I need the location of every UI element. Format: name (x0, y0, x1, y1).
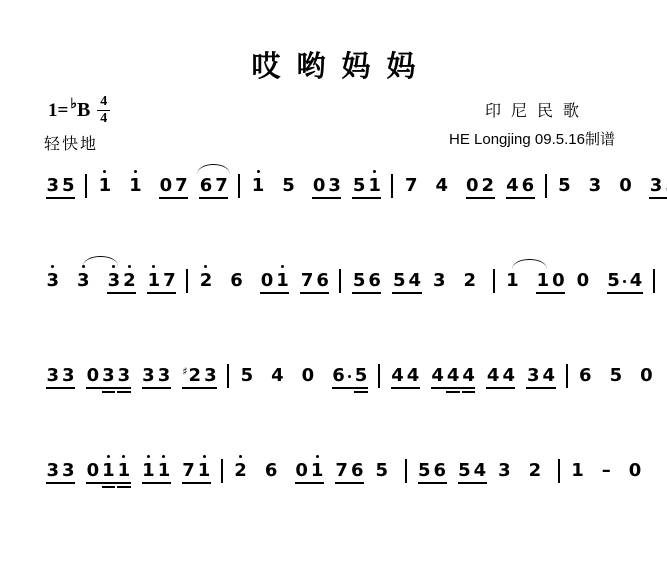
note: 0 (300, 367, 316, 385)
note-group: 3 (587, 177, 603, 195)
note-group: 2 (198, 272, 214, 290)
note-group: 033 (85, 367, 132, 385)
note-group: 0 (627, 462, 643, 480)
note: 3 (116, 367, 132, 385)
note-group: 2 (233, 462, 249, 480)
note: 6 (520, 177, 536, 195)
note: 4 (501, 367, 517, 385)
slur-arc (83, 256, 118, 266)
sixteenth-underline (462, 391, 476, 393)
note: 5 (61, 177, 77, 195)
note: 2 (527, 462, 543, 480)
note: 4 (434, 177, 450, 195)
note: 5 (239, 367, 255, 385)
note: 1 (141, 462, 157, 480)
note-group: 76 (299, 272, 330, 290)
barline (186, 269, 188, 293)
spacer (658, 471, 667, 472)
note-group: – (600, 462, 612, 480)
note-group: 5 (239, 367, 255, 385)
note-group: 6 (578, 367, 594, 385)
note: 1 (128, 177, 144, 195)
note: 1 (250, 177, 266, 195)
sixteenth-underline (117, 391, 131, 393)
note: 1 (535, 272, 551, 290)
note: 3 (61, 367, 77, 385)
note: 6 (349, 462, 365, 480)
score: 3511076715035174024653035333217260176565… (0, 0, 667, 571)
note: 0 (311, 177, 327, 195)
note-group: 32 (106, 272, 137, 290)
note: 4 (445, 367, 461, 385)
note: 5 (374, 462, 390, 480)
note: – (600, 462, 612, 480)
barline (221, 459, 223, 483)
note: 6 (432, 462, 448, 480)
music-line-2: 333217260176565432110054 (45, 270, 665, 292)
note: 7 (403, 177, 419, 195)
sheet-page: 哎哟妈妈 1= ♭ B 4 4 轻快地 印尼民歌 HE Longjing 09.… (0, 0, 667, 571)
sixteenth-underline (102, 391, 116, 393)
barline (545, 174, 547, 198)
note: ♯2 (181, 367, 203, 385)
note: 5 (353, 367, 369, 385)
note-group: ♯23 (181, 367, 218, 385)
note: 3 (203, 367, 219, 385)
augmentation-dot (621, 272, 628, 290)
barline (653, 269, 655, 293)
note-group: 0 (639, 367, 655, 385)
note: 3 (45, 367, 61, 385)
note: 4 (390, 367, 406, 385)
barline (493, 269, 495, 293)
note: 4 (472, 462, 488, 480)
note-group: 0 (300, 367, 316, 385)
note: 0 (294, 462, 310, 480)
note-group: 54 (457, 462, 488, 480)
note: 3 (61, 462, 77, 480)
barline (566, 364, 568, 388)
note: 5 (351, 272, 367, 290)
note-group: 1 (128, 177, 144, 195)
augmentation-dot (346, 367, 353, 385)
note: 5 (606, 272, 622, 290)
barline (378, 364, 380, 388)
note-group: 1 (97, 177, 113, 195)
note-group: 4 (270, 367, 286, 385)
note: 3 (648, 177, 664, 195)
note-group: 2 (462, 272, 478, 290)
note: 6 (578, 367, 594, 385)
note: 1 (146, 272, 162, 290)
note: 3 (106, 272, 122, 290)
note: 5 (457, 462, 473, 480)
note: 5 (417, 462, 433, 480)
note: 3 (327, 177, 343, 195)
note: 3 (497, 462, 513, 480)
note: 3 (45, 177, 61, 195)
sixteenth-underline (102, 486, 116, 488)
note-group: 3 (497, 462, 513, 480)
note: 1 (570, 462, 586, 480)
note: 4 (485, 367, 501, 385)
note: 0 (618, 177, 634, 195)
note: 0 (465, 177, 481, 195)
note-group: 4 (434, 177, 450, 195)
note-group: 6 (263, 462, 279, 480)
note-group: 07 (158, 177, 189, 195)
note: 6 (367, 272, 383, 290)
note-group: 11 (141, 462, 172, 480)
note: 4 (407, 272, 423, 290)
note: 4 (505, 177, 521, 195)
note-group: 1 (570, 462, 586, 480)
barline (405, 459, 407, 483)
note: 1 (275, 272, 291, 290)
note-group: 44 (485, 367, 516, 385)
note-group: 03 (311, 177, 342, 195)
note-group: 6 (229, 272, 245, 290)
note: 0 (259, 272, 275, 290)
note: 7 (174, 177, 190, 195)
note: 3 (432, 272, 448, 290)
note: 6 (331, 367, 347, 385)
barline (227, 364, 229, 388)
note: 6 (315, 272, 331, 290)
note: 4 (405, 367, 421, 385)
note-group: 0 (618, 177, 634, 195)
note: 1 (116, 462, 132, 480)
note-group: 3 (45, 272, 61, 290)
note-group: 67 (198, 177, 229, 195)
sixteenth-underline (354, 391, 368, 393)
barline (558, 459, 560, 483)
note: 4 (270, 367, 286, 385)
note: 3 (525, 367, 541, 385)
note-group: 33 (45, 367, 76, 385)
note-group: 02 (465, 177, 496, 195)
note-group: 1 (250, 177, 266, 195)
note: 7 (214, 177, 230, 195)
note-group: 7 (403, 177, 419, 195)
note: 5 (281, 177, 297, 195)
note: 0 (627, 462, 643, 480)
note: 0 (158, 177, 174, 195)
note-group: 46 (505, 177, 536, 195)
note-group: 10 (535, 272, 566, 290)
note-group: 5 (374, 462, 390, 480)
note: 2 (233, 462, 249, 480)
note-group: 2 (527, 462, 543, 480)
note: 6 (198, 177, 214, 195)
note-group: 5 (557, 177, 573, 195)
note: 4 (541, 367, 557, 385)
note-group: 01 (294, 462, 325, 480)
note-group: 444 (430, 367, 477, 385)
note-group: 3 (76, 272, 92, 290)
note: 2 (480, 177, 496, 195)
note-group: 51 (351, 177, 382, 195)
note: 1 (309, 462, 325, 480)
sixteenth-underline (117, 486, 131, 488)
note: 4 (628, 272, 644, 290)
note: 3 (156, 367, 172, 385)
note-group: 56 (351, 272, 382, 290)
note-group: 0 (575, 272, 591, 290)
note: 0 (551, 272, 567, 290)
note-group: 3 (432, 272, 448, 290)
music-line-1: 3511076715035174024653035 (45, 175, 667, 197)
note: 1 (156, 462, 172, 480)
music-line-3: 3303333♯235406544444443465054 (45, 365, 667, 387)
note-group: 35 (648, 177, 667, 195)
note: 6 (263, 462, 279, 480)
note-group: 76 (334, 462, 365, 480)
note-group: 54 (606, 272, 644, 290)
note: 2 (462, 272, 478, 290)
barline (85, 174, 87, 198)
note: 7 (181, 462, 197, 480)
note-group: 34 (525, 367, 556, 385)
note: 2 (198, 272, 214, 290)
slur-arc (512, 259, 547, 269)
note: 1 (367, 177, 383, 195)
barline (339, 269, 341, 293)
note-group: 33 (45, 462, 76, 480)
note: 5 (351, 177, 367, 195)
note: 2 (122, 272, 138, 290)
note: 7 (162, 272, 178, 290)
note: 0 (85, 462, 101, 480)
note: 6 (229, 272, 245, 290)
note: 3 (76, 272, 92, 290)
note-group: 54 (391, 272, 422, 290)
slur-arc (197, 164, 230, 174)
note-group: 01 (259, 272, 290, 290)
note: 3 (587, 177, 603, 195)
note: 4 (461, 367, 477, 385)
note: 0 (85, 367, 101, 385)
sixteenth-underline (446, 391, 460, 393)
note: 1 (97, 177, 113, 195)
note-group: 5 (608, 367, 624, 385)
note: 3 (141, 367, 157, 385)
note: 4 (430, 367, 446, 385)
note: 3 (101, 367, 117, 385)
music-line-4: 33011117126017655654321–0 (45, 460, 667, 482)
note-group: 71 (181, 462, 212, 480)
note-group: 17 (146, 272, 177, 290)
note-group: 65 (331, 367, 369, 385)
barline (391, 174, 393, 198)
note: 1 (196, 462, 212, 480)
note: 1 (505, 272, 521, 290)
note: 0 (639, 367, 655, 385)
note: 7 (334, 462, 350, 480)
note-group: 33 (141, 367, 172, 385)
note: 3 (45, 462, 61, 480)
note: 7 (299, 272, 315, 290)
note: 5 (557, 177, 573, 195)
note-group: 35 (45, 177, 76, 195)
note: 5 (391, 272, 407, 290)
note: 5 (608, 367, 624, 385)
note-group: 011 (85, 462, 132, 480)
note: 3 (45, 272, 61, 290)
note: 1 (101, 462, 117, 480)
note-group: 56 (417, 462, 448, 480)
note: 0 (575, 272, 591, 290)
barline (238, 174, 240, 198)
sharp-sign: ♯ (182, 365, 187, 378)
note-group: 1 (505, 272, 521, 290)
note-group: 5 (281, 177, 297, 195)
note-group: 44 (390, 367, 421, 385)
